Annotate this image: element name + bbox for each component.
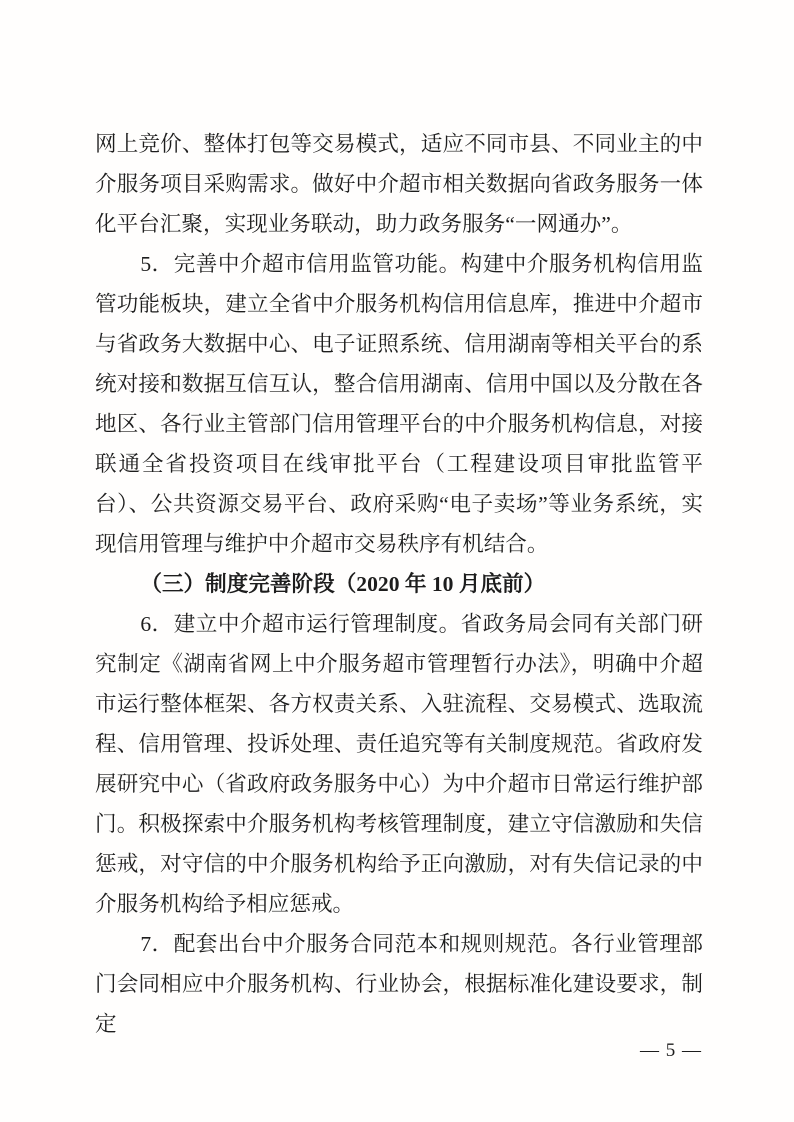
paragraph-item-5: 5．完善中介超市信用监管功能。构建中介服务机构信用监管功能板块，建立全省中介服务… <box>95 244 703 564</box>
paragraph-continuation: 网上竞价、整体打包等交易模式，适应不同市县、不同业主的中介服务项目采购需求。做好… <box>95 124 703 244</box>
document-body: 网上竞价、整体打包等交易模式，适应不同市县、不同业主的中介服务项目采购需求。做好… <box>95 124 703 1044</box>
paragraph-item-7: 7．配套出台中介服务合同范本和规则规范。各行业管理部门会同相应中介服务机构、行业… <box>95 924 703 1044</box>
page-number: — 5 — <box>640 1038 702 1064</box>
document-page: 网上竞价、整体打包等交易模式，适应不同市县、不同业主的中介服务项目采购需求。做好… <box>0 0 794 1122</box>
section-heading-stage-3: （三）制度完善阶段（2020 年 10 月底前） <box>95 564 703 604</box>
paragraph-item-6: 6．建立中介超市运行管理制度。省政务局会同有关部门研究制定《湖南省网上中介服务超… <box>95 604 703 924</box>
